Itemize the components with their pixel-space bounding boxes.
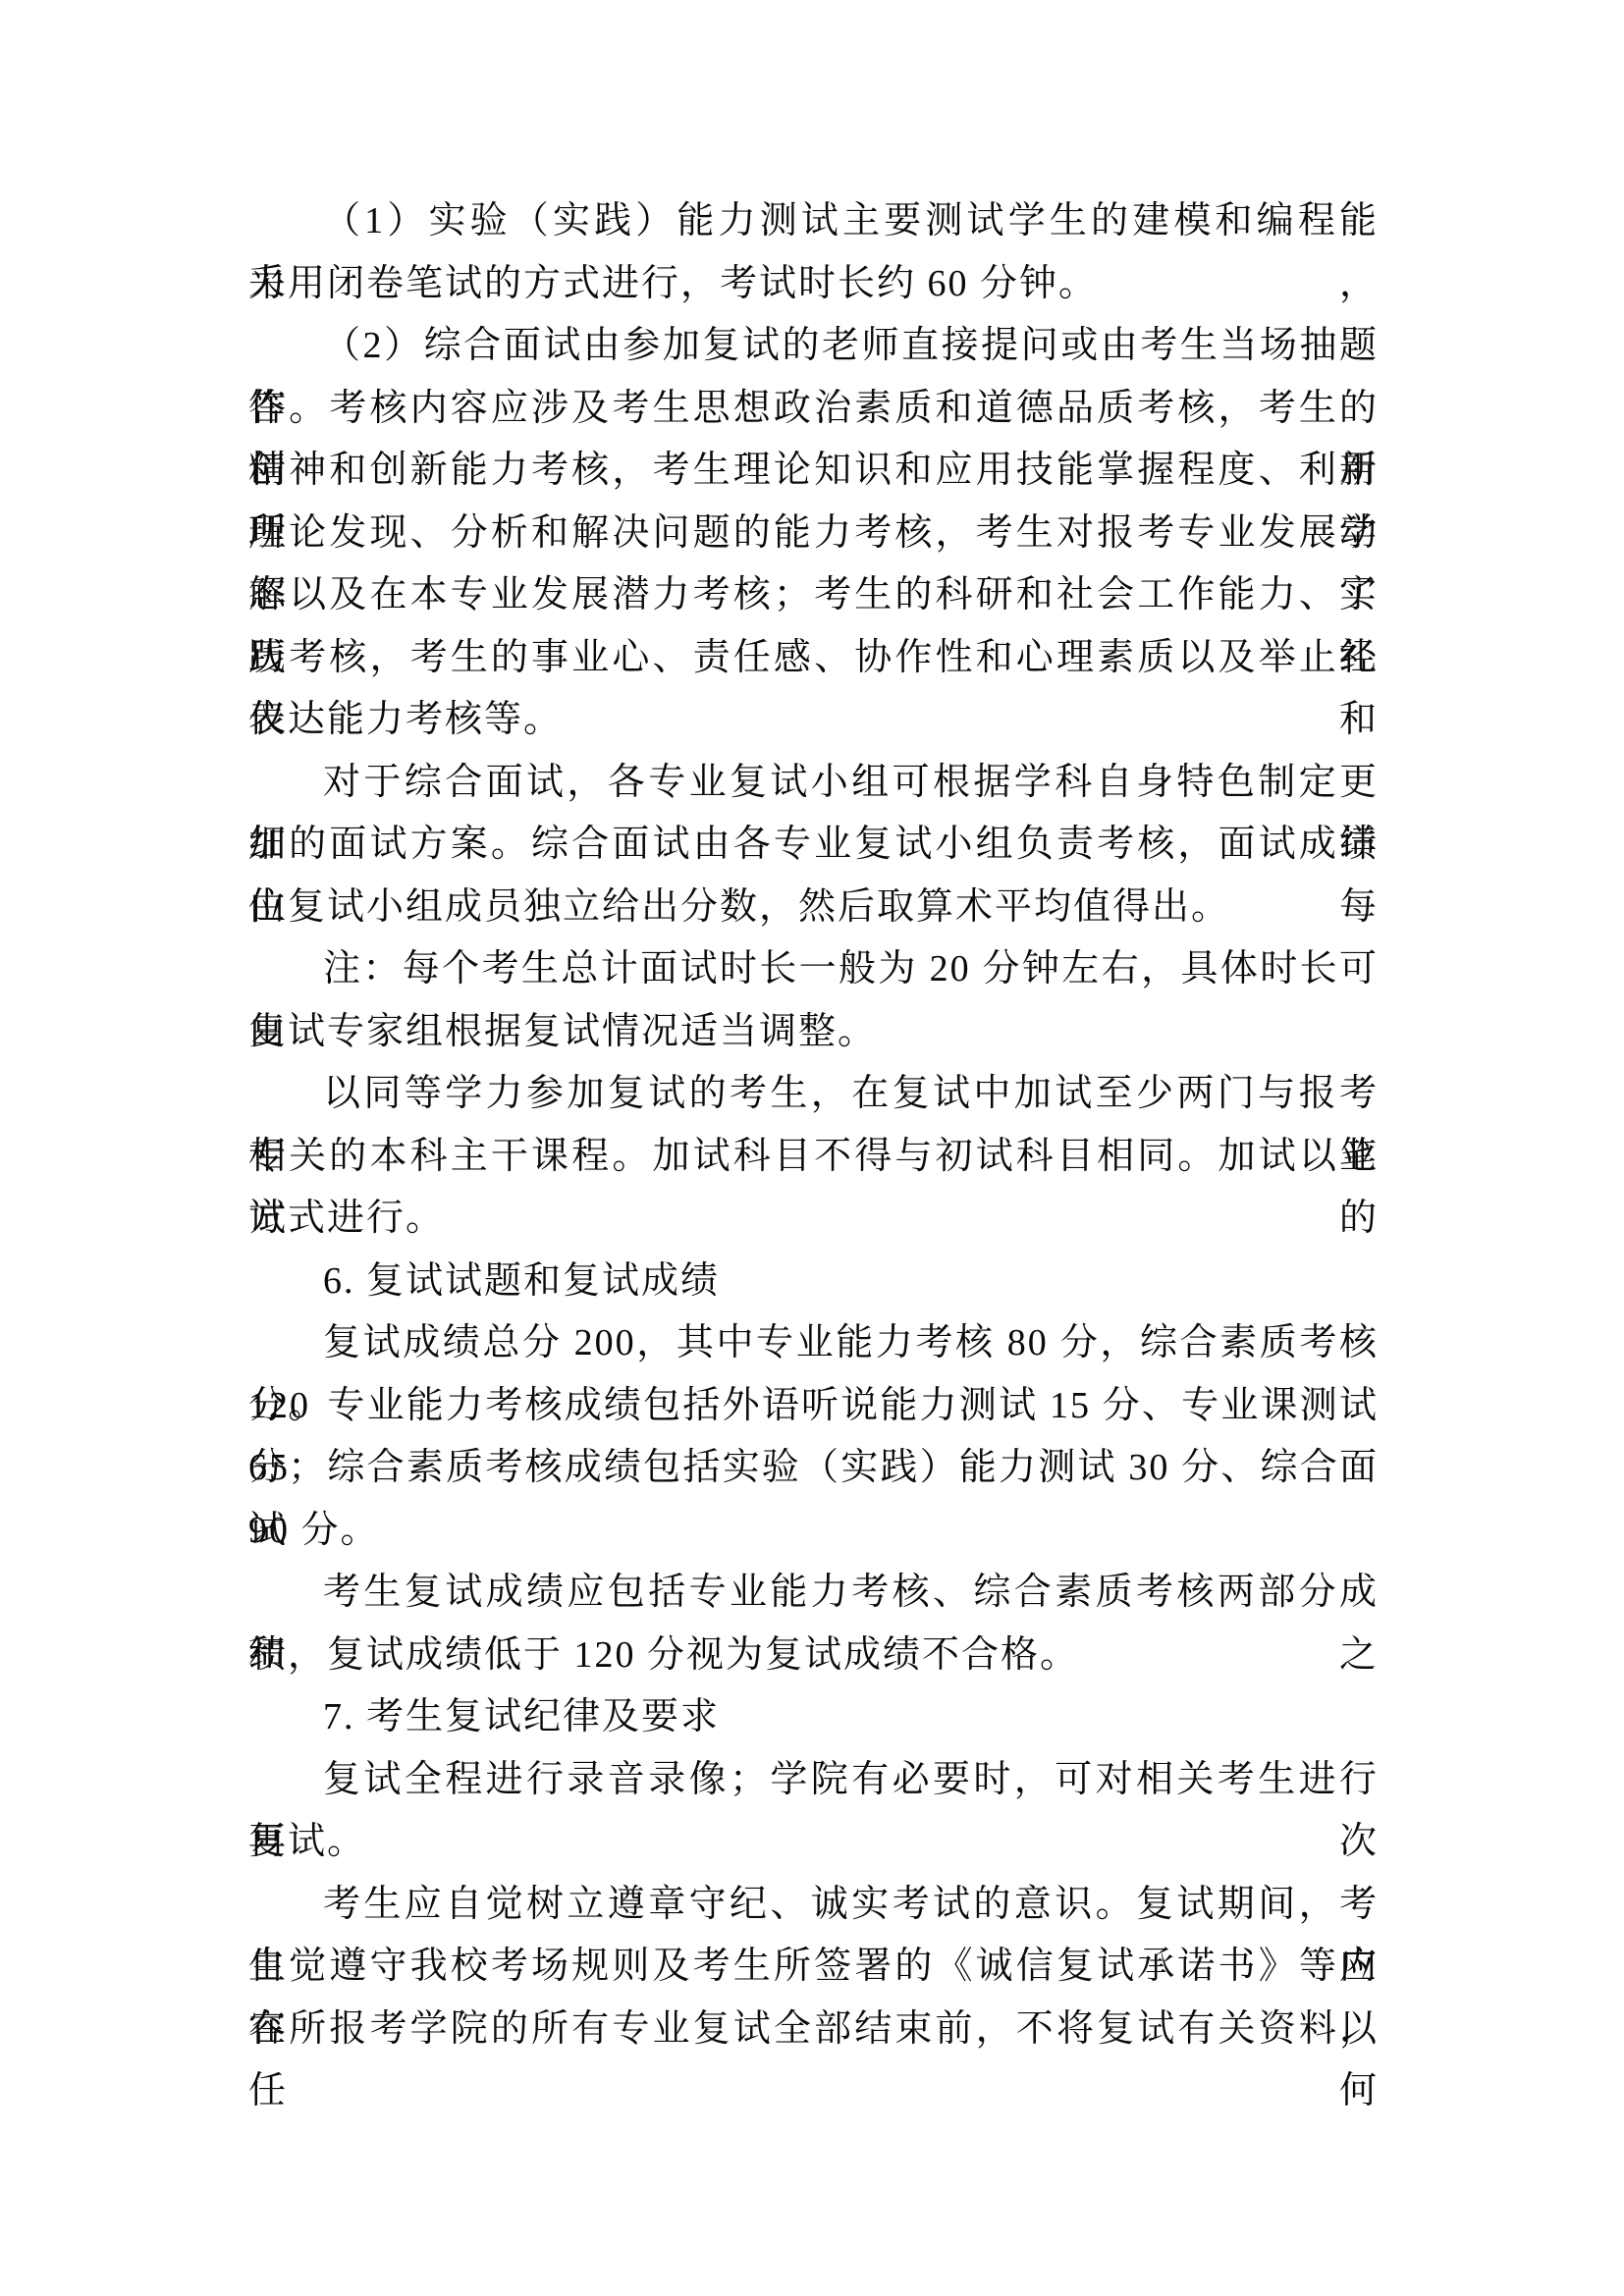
text-line: 注：每个考生总计面试时长一般为 20 分钟左右，具体时长可由 <box>248 938 1379 1001</box>
text-line: 精神和创新能力考核，考生理论知识和应用技能掌握程度、利用所学 <box>248 440 1379 503</box>
text-line: 解以及在本专业发展潜力考核；考生的科研和社会工作能力、实践经 <box>248 564 1379 627</box>
text-line: 考生复试成绩应包括专业能力考核、综合素质考核两部分成绩之 <box>248 1562 1379 1625</box>
text-line: （2）综合面试由参加复试的老师直接提问或由考生当场抽题作 <box>248 315 1379 378</box>
text-line: 以同等学力参加复试的考生，在复试中加试至少两门与报考专业 <box>248 1063 1379 1126</box>
text-line: 理论发现、分析和解决问题的能力考核，考生对报考专业发展动态了 <box>248 503 1379 565</box>
document-page: （1）实验（实践）能力测试主要测试学生的建模和编程能力， 采用闭卷笔试的方式进行… <box>0 0 1624 2296</box>
text-line: 分。专业能力考核成绩包括外语听说能力测试 15 分、专业课测试 65 <box>248 1375 1379 1438</box>
text-line: 对于综合面试，各专业复试小组可根据学科自身特色制定更加详 <box>248 752 1379 815</box>
text-line: 相关的本科主干课程。加试科目不得与初试科目相同。加试以笔试的 <box>248 1126 1379 1189</box>
text-line: 考生应自觉树立遵章守纪、诚实考试的意识。复试期间，考生应 <box>248 1874 1379 1937</box>
text-line: 复试全程进行录音录像；学院有必要时，可对相关考生进行再次 <box>248 1749 1379 1812</box>
text-line: 位复试小组成员独立给出分数，然后取算术平均值得出。 <box>248 877 1379 939</box>
text-line: 在所报考学院的所有专业复试全部结束前，不将复试有关资料以任何 <box>248 1999 1379 2061</box>
document-text-block: （1）实验（实践）能力测试主要测试学生的建模和编程能力， 采用闭卷笔试的方式进行… <box>248 190 1379 2060</box>
text-line: 细的面试方案。综合面试由各专业复试小组负责考核，面试成绩由每 <box>248 814 1379 877</box>
text-line: 历考核，考生的事业心、责任感、协作性和心理素质以及举止礼仪和 <box>248 627 1379 690</box>
text-line: 复试专家组根据复试情况适当调整。 <box>248 1001 1379 1064</box>
text-line: （1）实验（实践）能力测试主要测试学生的建模和编程能力， <box>248 190 1379 253</box>
section-heading: 6. 复试试题和复试成绩 <box>248 1251 1379 1313</box>
text-line: 分；综合素质考核成绩包括实验（实践）能力测试 30 分、综合面试 <box>248 1437 1379 1500</box>
text-line: 90 分。 <box>248 1500 1379 1563</box>
text-line: 自觉遵守我校考场规则及考生所签署的《诚信复试承诺书》等内容， <box>248 1936 1379 1999</box>
text-line: 答。考核内容应涉及考生思想政治素质和道德品质考核，考生的创新 <box>248 378 1379 441</box>
section-heading: 7. 考生复试纪律及要求 <box>248 1686 1379 1749</box>
text-line: 复试成绩总分 200，其中专业能力考核 80 分，综合素质考核 120 <box>248 1312 1379 1375</box>
